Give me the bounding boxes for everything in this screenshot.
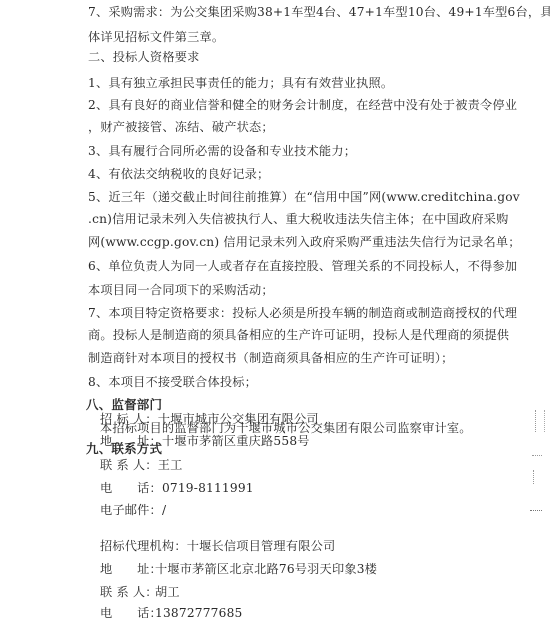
contact-label: 电 话： bbox=[100, 480, 162, 496]
contact-value: 十堰市茅箭区重庆路558号 bbox=[162, 434, 310, 448]
contact-row-phone: 电 话：0719-8111991 bbox=[100, 480, 254, 496]
contact-value: 十堰市城市公交集团有限公司 bbox=[158, 412, 319, 426]
agency-row-address: 地 址：十堰市茅箭区北京北路76号羽天印象3楼 bbox=[100, 561, 377, 577]
contact-value: 十堰市茅箭区北京北路76号羽天印象3楼 bbox=[155, 562, 377, 576]
contact-label: 招标代理机构： bbox=[100, 538, 187, 554]
contact-section: 招 标 人：十堰市城市公交集团有限公司 地 址：十堰市茅箭区重庆路558号 联 … bbox=[0, 0, 550, 618]
contact-row-person: 联 系 人：王工 bbox=[100, 457, 182, 473]
contact-value: / bbox=[162, 503, 166, 517]
scan-artifact bbox=[535, 410, 545, 432]
contact-row-email: 电子邮件：/ bbox=[100, 502, 166, 518]
agency-row-phone: 电 话：13872777685 bbox=[100, 605, 243, 618]
scan-artifact bbox=[532, 455, 542, 462]
contact-value: 王工 bbox=[158, 458, 183, 472]
contact-label: 电 话： bbox=[100, 605, 155, 618]
contact-value: 胡工 bbox=[155, 585, 180, 599]
scan-artifact bbox=[530, 510, 542, 514]
contact-label: 招 标 人： bbox=[100, 411, 158, 427]
contact-value: 13872777685 bbox=[155, 606, 243, 618]
contact-value: 十堰长信项目管理有限公司 bbox=[187, 539, 336, 553]
contact-label: 地 址： bbox=[100, 433, 162, 449]
scan-artifact bbox=[533, 470, 538, 484]
contact-row-address: 地 址：十堰市茅箭区重庆路558号 bbox=[100, 433, 310, 449]
contact-label: 联 系 人： bbox=[100, 457, 158, 473]
contact-label: 地 址： bbox=[100, 561, 155, 577]
agency-row-person: 联 系 人：胡工 bbox=[100, 584, 180, 600]
contact-label: 电子邮件： bbox=[100, 502, 162, 518]
contact-row-tenderer: 招 标 人：十堰市城市公交集团有限公司 bbox=[100, 411, 319, 427]
contact-label: 联 系 人： bbox=[100, 584, 155, 600]
contact-value: 0719-8111991 bbox=[162, 481, 254, 495]
agency-row-name: 招标代理机构：十堰长信项目管理有限公司 bbox=[100, 538, 335, 554]
